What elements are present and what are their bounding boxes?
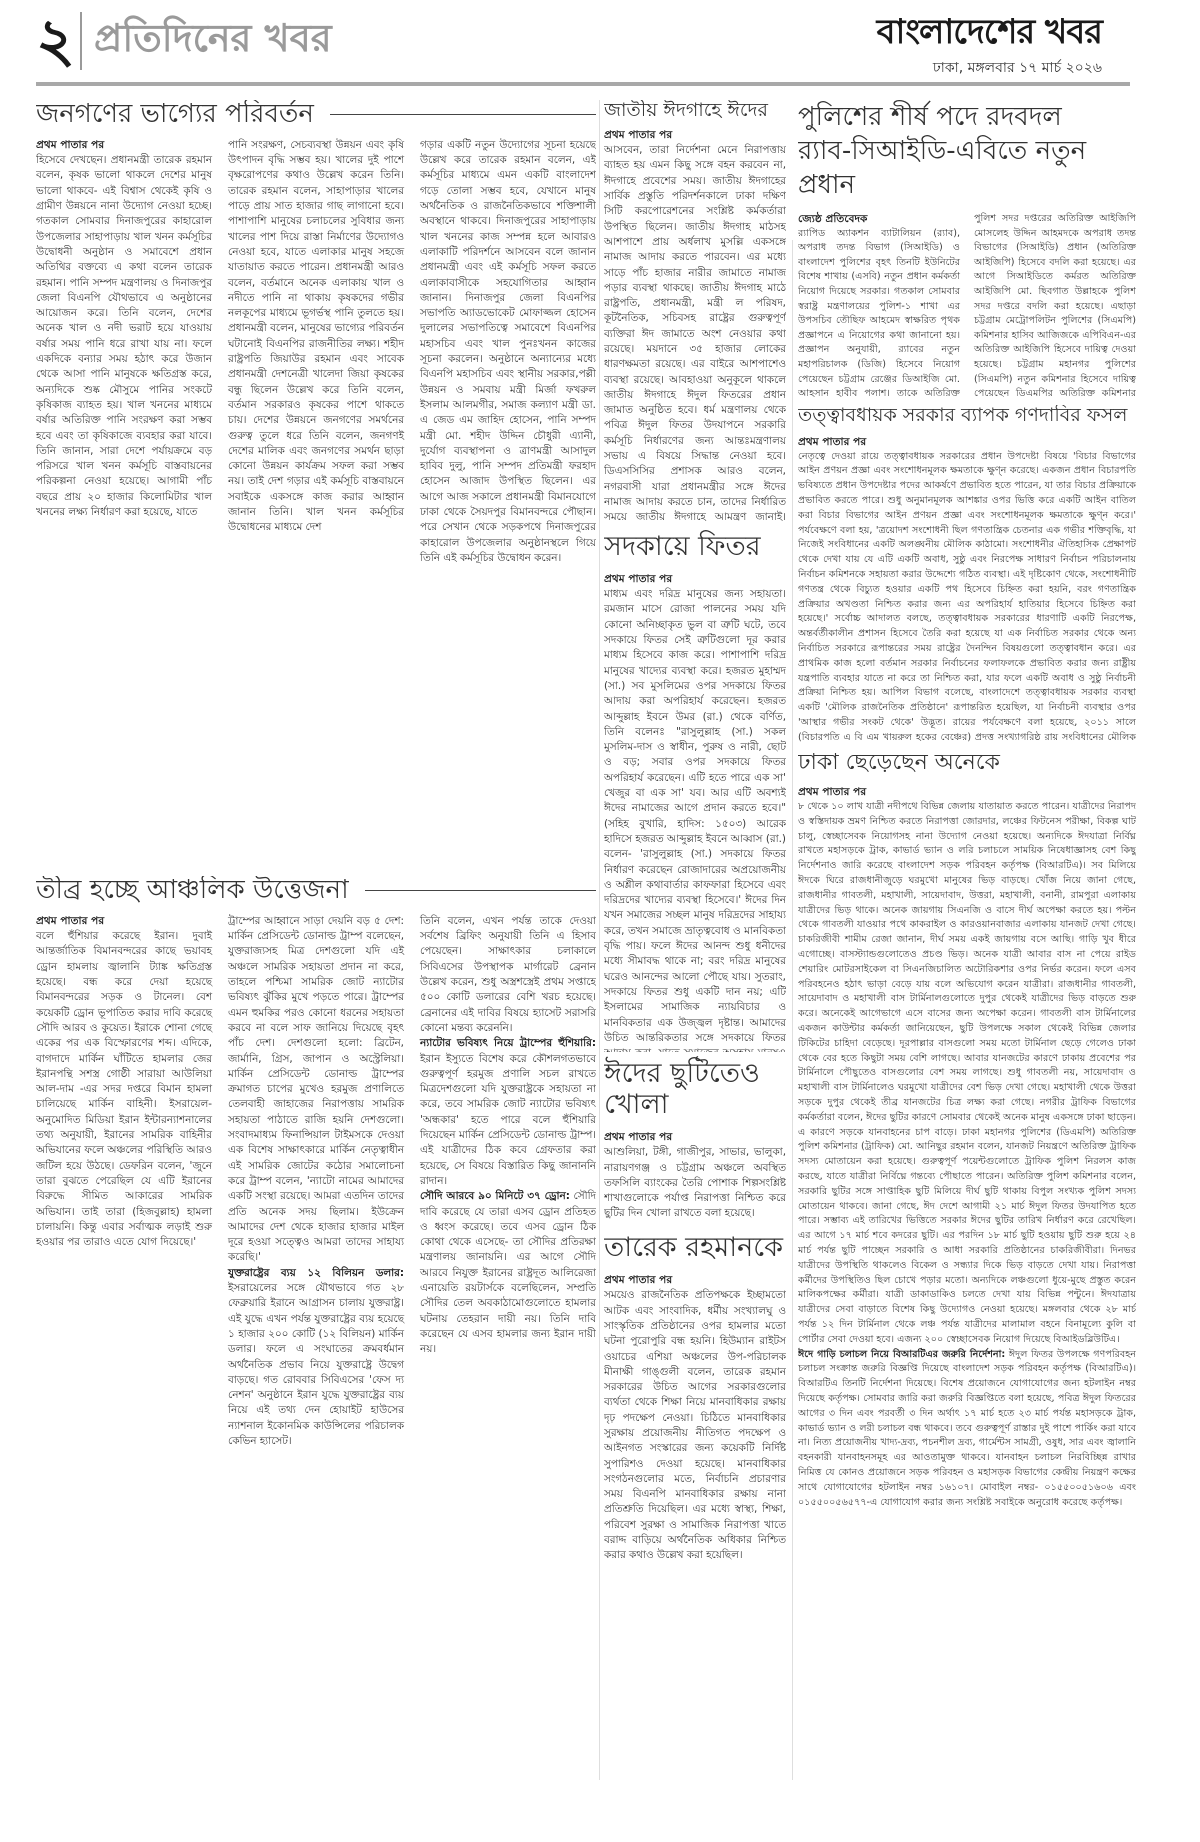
article-chutite: প্রথম পাতার পর আশুলিয়া, টঙ্গী, গাজীপুর,… — [604, 1130, 786, 1220]
article-body: প্রথম পাতার পর নেতৃত্বে দেওয়া রায়ে তত্… — [798, 435, 1136, 745]
article-tattabodhayok: তত্ত্বাবধায়ক সরকার ব্যাপক গণদাবির ফসল প… — [798, 405, 1136, 745]
article-column: তিনি বলেন, এখন পর্যন্ত তাকে দেওয়া সর্বশ… — [420, 914, 596, 1449]
article-headline[interactable]: ঢাকা ছেড়েছেন অনেকে — [798, 750, 1136, 775]
article-column: গড়ার একটি নতুন উদ্যোগের সূচনা হয়েছে উল… — [420, 138, 596, 566]
kicker: প্রথম পাতার পর — [36, 914, 212, 929]
headline-rule — [330, 114, 596, 115]
article-column: পুলিশ সদর দপ্তরের অতিরিক্ত আইজিপি মোসলেহ… — [974, 212, 1136, 400]
body-text: ইসরায়েলের সঙ্গে যৌথভাবে গত ২৮ ফেব্রুয়া… — [228, 1282, 404, 1447]
body-text: র‍্যাপিড অ্যাকশন ব্যাটালিয়ন (র‍্যাব), অ… — [798, 227, 960, 400]
kicker: প্রথম পাতার পর — [604, 1273, 786, 1288]
byline: জ্যেষ্ঠ প্রতিবেদক — [798, 212, 960, 227]
article-eidgah: প্রথম পাতার পর আসবেন, তারা নির্দেশনা মেন… — [604, 128, 786, 523]
column-separator — [599, 100, 600, 1780]
article-column: ট্রাম্পের আহ্বানে সাড়া দেয়নি বড় ৫ দেশ… — [228, 914, 404, 1449]
article-headline[interactable]: সদকায়ে ফিতর — [604, 531, 786, 562]
body-text: ট্রাম্পের আহ্বানে সাড়া দেয়নি বড় ৫ দেশ… — [228, 914, 404, 1266]
headline-rule — [365, 890, 596, 891]
subheading: সৌদি আরবে ৯০ মিনিটে ৩৭ ড্রোন: — [420, 1190, 570, 1202]
article-body: প্রথম পাতার পর ৮ থেকে ১০ লাখ যাত্রী নদীপ… — [798, 785, 1136, 1510]
kicker: প্রথম পাতার পর — [604, 572, 786, 587]
narrow-column: জাতীয় ঈদগাহে ঈদের প্রথম পাতার পর আসবেন,… — [604, 100, 786, 1780]
article-tibro: তীব্র হচ্ছে আঞ্চলিক উত্তেজনা প্রথম পাতার… — [36, 876, 596, 1776]
article-tareq: প্রথম পাতার পর সময়েও রাজনৈতিক প্রতিপক্ষ… — [604, 1273, 786, 1780]
kicker: প্রথম পাতার পর — [36, 138, 212, 153]
kicker: প্রথম পাতার পর — [798, 785, 1136, 800]
body-text: সময়েও রাজনৈতিক প্রতিপক্ষকে ইচ্ছামতো আটক… — [604, 1288, 786, 1563]
kicker: প্রথম পাতার পর — [798, 435, 1136, 450]
body-text: ঈদুল ফিতর উপলক্ষে গণপরিবহন চলাচল সংক্রান… — [798, 1349, 1136, 1508]
subheading: ন্যাটোর ভবিষ্যৎ নিয়ে ট্রাম্পের হুঁশিয়া… — [420, 1037, 596, 1049]
body-text: ইরান ইস্যুতে বিশেষ করে কৌশলগতভাবে গুরুত্… — [420, 1053, 596, 1187]
body-text: বলে হুঁশিয়ার করেছে ইরান। দুবাই আন্তর্জা… — [36, 929, 212, 1250]
article-sadakaye: প্রথম পাতার পর মাধ্যম এবং দরিদ্র মানুষের… — [604, 572, 786, 1052]
page-number: ২ — [36, 6, 75, 76]
article-police: পুলিশের শীর্ষ পদে রদবদল র‍্যাব-সিআইডি-এব… — [798, 100, 1136, 400]
subheading: যুক্তরাষ্ট্রের ব্যয় ১২ বিলিয়ন ডলার: — [228, 1267, 404, 1279]
headline-line-1: পুলিশের শীর্ষ পদে রদবদল — [798, 100, 1136, 134]
body-text: গড়ার একটি নতুন উদ্যোগের সূচনা হয়েছে উল… — [420, 138, 596, 566]
body-text: নেতৃত্বে দেওয়া রায়ে তত্ত্বাবধায়ক সরকা… — [798, 450, 1136, 745]
body-text: ৮ থেকে ১০ লাখ যাত্রী নদীপথে বিভিন্ন জেলা… — [798, 800, 1136, 1347]
section-title: প্রতিদিনের খবর — [94, 12, 332, 64]
newspaper-brand-logo: বাংলাদেশের খবর — [877, 10, 1102, 54]
article-headline[interactable]: তীব্র হচ্ছে আঞ্চলিক উত্তেজনা — [36, 876, 349, 906]
masthead-rule — [36, 82, 1130, 86]
body-text: আসবেন, তারা নির্দেশনা মেনে নিরাপত্তায় ব… — [604, 143, 786, 523]
article-column: পানি সংরক্ষণ, সেচব্যবস্থা উন্নয়ন এবং কৃ… — [228, 138, 404, 566]
kicker: প্রথম পাতার পর — [604, 1130, 786, 1145]
kicker: প্রথম পাতার পর — [604, 128, 786, 143]
article-headline[interactable]: তত্ত্বাবধায়ক সরকার ব্যাপক গণদাবির ফসল — [798, 405, 1136, 427]
article-headline[interactable]: পুলিশের শীর্ষ পদে রদবদল র‍্যাব-সিআইডি-এব… — [798, 100, 1136, 202]
body-text: হিসেবে দেখছেন। প্রধানমন্ত্রী তারেক রহমান… — [36, 153, 212, 520]
article-column: প্রথম পাতার পর বলে হুঁশিয়ার করেছে ইরান।… — [36, 914, 212, 1449]
masthead: ২ প্রতিদিনের খবর বাংলাদেশের খবর ঢাকা, মঙ… — [0, 0, 1200, 92]
body-text: তিনি বলেন, এখন পর্যন্ত তাকে দেওয়া সর্বশ… — [420, 914, 596, 1036]
article-headline[interactable]: জাতীয় ঈদগাহে ঈদের — [604, 100, 786, 122]
article-headline[interactable]: তারেক রহমানকে — [604, 1232, 786, 1263]
body-text: মাধ্যম এবং দরিদ্র মানুষের জন্য সহায়তা। … — [604, 587, 786, 1052]
article-dhaka: ঢাকা ছেড়েছেন অনেকে প্রথম পাতার পর ৮ থেক… — [798, 750, 1136, 1790]
headline-line-2: র‍্যাব-সিআইডি-এবিতে নতুন প্রধান — [798, 134, 1136, 202]
article-headline[interactable]: ঈদের ছুটিতেও খোলা — [604, 1058, 786, 1120]
article-column: জ্যেষ্ঠ প্রতিবেদক র‍্যাপিড অ্যাকশন ব্যাট… — [798, 212, 960, 400]
article-headline[interactable]: জনগণের ভাগ্যের পরিবর্তন — [36, 100, 314, 130]
subheading: ঈদে গাড়ি চলাচল নিয়ে বিআরটিএর জরুরি নির… — [798, 1349, 1005, 1360]
column-separator — [792, 240, 793, 1780]
body-text: সৌদি দাবি করেছে যে তারা এসব ড্রোন প্রতিহ… — [420, 1190, 596, 1355]
body-text: আশুলিয়া, টঙ্গী, গাজীপুর, সাভার, ভালুকা,… — [604, 1145, 786, 1220]
body-text: পুলিশ সদর দপ্তরের অতিরিক্ত আইজিপি মোসলেহ… — [974, 212, 1136, 400]
dateline: ঢাকা, মঙ্গলবার ১৭ মার্চ ২০২৬ — [933, 56, 1102, 80]
masthead-divider — [80, 12, 82, 70]
body-text: পানি সংরক্ষণ, সেচব্যবস্থা উন্নয়ন এবং কৃ… — [228, 138, 404, 536]
article-janaganer: জনগণের ভাগ্যের পরিবর্তন প্রথম পাতার পর হ… — [36, 100, 596, 870]
article-column: প্রথম পাতার পর হিসেবে দেখছেন। প্রধানমন্ত… — [36, 138, 212, 566]
